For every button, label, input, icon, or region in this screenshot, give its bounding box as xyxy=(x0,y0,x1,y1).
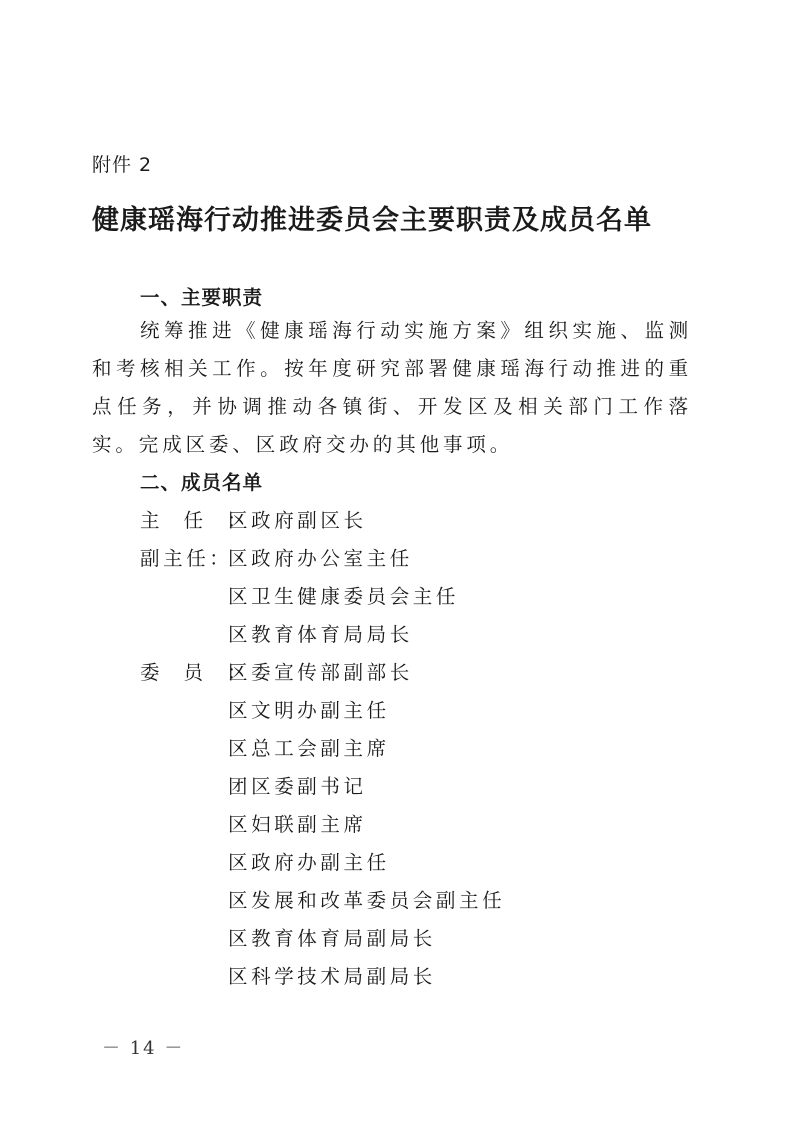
deputy-value: 区政府办公室主任 xyxy=(228,543,413,571)
deputy-value: 区教育体育局局长 xyxy=(228,619,413,647)
member-row: 委员： 区委宣传部副部长 xyxy=(140,657,228,687)
member-value: 区文明办副主任 xyxy=(228,695,390,723)
director-label: 主任： xyxy=(140,505,228,533)
member-value: 区总工会副主席 xyxy=(228,733,390,761)
section-heading-members: 二、成员名单 xyxy=(140,467,263,495)
attachment-label: 附件 2 xyxy=(92,150,152,177)
deputy-value: 区卫生健康委员会主任 xyxy=(228,581,459,609)
member-value: 团区委副书记 xyxy=(228,771,367,799)
director-row: 主任： 区政府副区长 xyxy=(140,505,228,535)
member-value: 区发展和改革委员会副主任 xyxy=(228,885,505,913)
member-value: 区委宣传部副部长 xyxy=(228,657,413,685)
deputy-row: 副主任： 区政府办公室主任 xyxy=(140,543,228,573)
document-title: 健康瑶海行动推进委员会主要职责及成员名单 xyxy=(92,198,652,237)
member-label: 委员： xyxy=(140,657,228,685)
member-value: 区教育体育局副局长 xyxy=(228,923,436,951)
director-value: 区政府副区长 xyxy=(228,505,367,533)
page-number: － 14 － xyxy=(102,1034,184,1060)
member-value: 区政府办副主任 xyxy=(228,847,390,875)
section-heading-duties: 一、主要职责 xyxy=(140,282,263,310)
duties-paragraph: 统筹推进《健康瑶海行动实施方案》组织实施、监测和考核相关工作。按年度研究部署健康… xyxy=(92,312,692,464)
member-value: 区妇联副主席 xyxy=(228,809,367,837)
deputy-label: 副主任： xyxy=(140,543,228,571)
member-value: 区科学技术局副局长 xyxy=(228,961,436,989)
